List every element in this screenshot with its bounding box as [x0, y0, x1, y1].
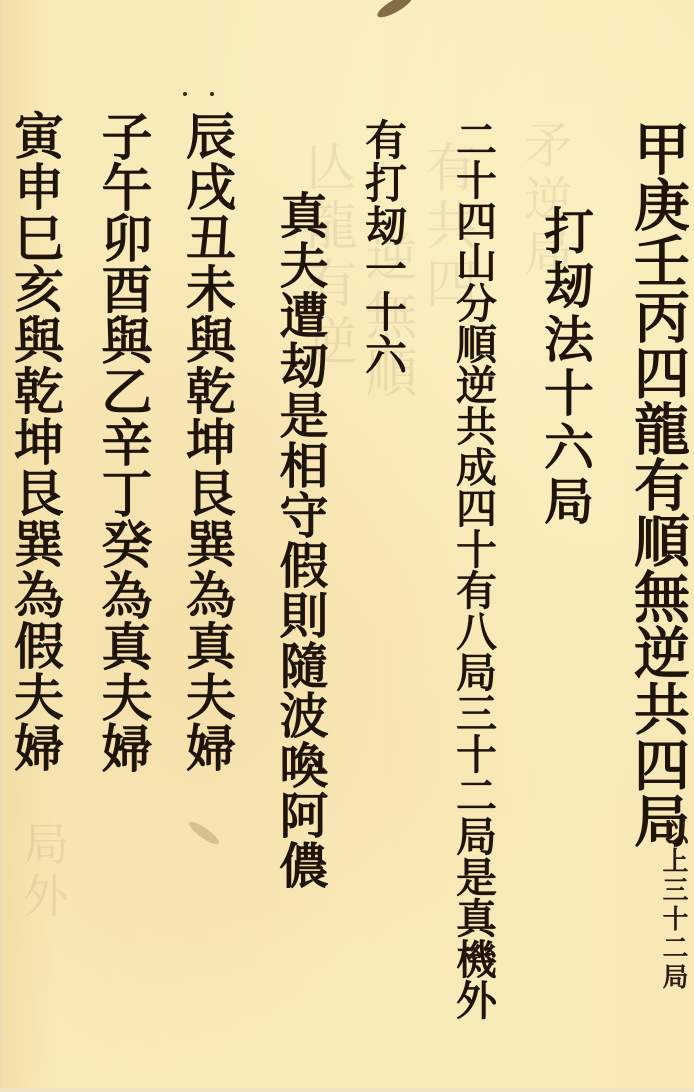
text-column-6: 辰戌丑未與乾坤艮巽為真夫婦 [182, 110, 232, 773]
page-bottom-edge [0, 1088, 694, 1092]
bleed-through-text: 局外 [20, 820, 66, 924]
text-column-4: 有打刼一十六 [362, 118, 404, 376]
paper-stain [186, 819, 221, 848]
column-1-annotation: 以上三十二局 [660, 818, 686, 992]
text-column-3: 二十四山分順逆共成四十有八局三十二局是真機外 [452, 118, 493, 1020]
page-left-edge [0, 0, 5, 1092]
ink-blot [375, 0, 416, 21]
ink-dot [183, 92, 187, 96]
text-column-2: 打刼法十六局 [540, 205, 590, 529]
text-column-7: 子午卯酉與乙辛丁癸為真夫婦 [96, 110, 147, 773]
text-column-5: 真夫遭刼是相守假則隨波喚阿儂 [276, 190, 325, 890]
manuscript-page: 亾龍有逆 逆無順 有共四 矛逆局 局外 甲庚壬丙四龍有順無逆共四局 以上三十二局… [0, 0, 694, 1092]
text-column-1: 甲庚壬丙四龍有順無逆共四局 [630, 120, 686, 848]
text-column-8: 寅申巳亥與乾坤艮巽為假夫婦 [10, 110, 60, 773]
ink-dot [210, 92, 214, 96]
